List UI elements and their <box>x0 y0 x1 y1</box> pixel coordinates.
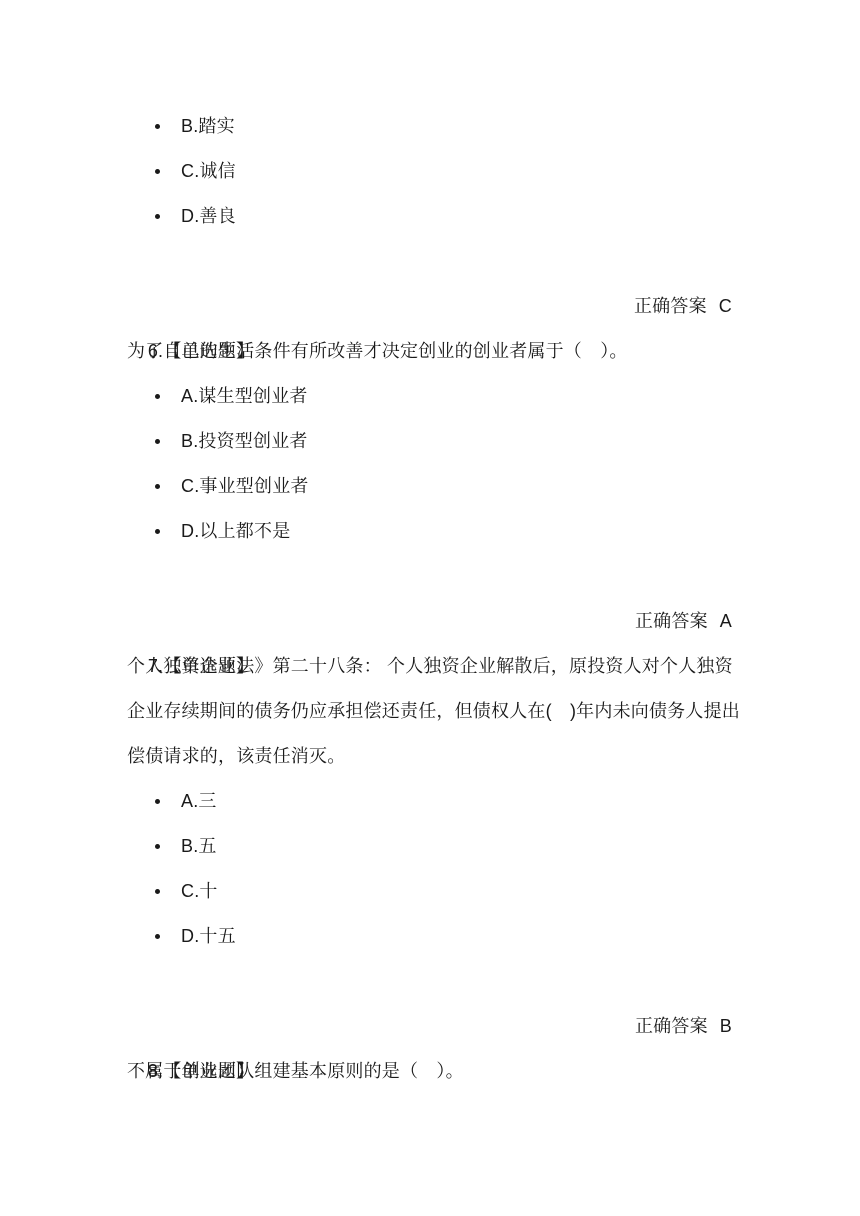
option-label: D.以上都不是 <box>181 509 290 554</box>
bullet-icon <box>155 214 160 219</box>
option-label: D.善良 <box>181 194 236 239</box>
answer-value: C <box>719 284 732 329</box>
bullet-icon <box>155 844 160 849</box>
option-label: A.谋生型创业者 <box>181 374 308 419</box>
option-label: B.五 <box>181 824 217 869</box>
option-item: B.投资型创业者 <box>127 419 732 464</box>
option-label: A.三 <box>181 779 217 824</box>
option-label: B.投资型创业者 <box>181 419 308 464</box>
option-item: D.十五 <box>127 914 732 959</box>
bullet-icon <box>155 394 160 399</box>
question-text-line: 个人独资企业法》第二十八条： 个人独资企业解散后，原投资人对个人独资 <box>127 644 732 689</box>
option-item: C.十 <box>127 869 732 914</box>
option-label: C.事业型创业者 <box>181 464 309 509</box>
answer-value: B <box>720 1004 732 1049</box>
option-item: B.踏实 <box>127 104 732 149</box>
answer-line: 正确答案A <box>127 554 732 599</box>
option-item: D.善良 <box>127 194 732 239</box>
option-item: A.三 <box>127 779 732 824</box>
bullet-icon <box>155 439 160 444</box>
question-text-line: 企业存续期间的债务仍应承担偿还责任，但债权人在( )年内未向债务人提出 <box>127 689 732 734</box>
bullet-icon <box>155 484 160 489</box>
bullet-icon <box>155 124 160 129</box>
option-item: D.以上都不是 <box>127 509 732 554</box>
option-item: B.五 <box>127 824 732 869</box>
question-text-line: 偿债请求的，该责任消灭。 <box>127 734 732 779</box>
option-label: C.诚信 <box>181 149 236 194</box>
option-label: D.十五 <box>181 914 236 959</box>
question-text-line: 为了自己的生活条件有所改善才决定创业的创业者属于（ ）。 <box>127 329 732 374</box>
answer-line: 正确答案B <box>127 959 732 1004</box>
quiz-document-page: B.踏实 C.诚信 D.善良 正确答案C 6.【单选题】 为了自己的生活条件有所… <box>0 0 860 1094</box>
option-label: B.踏实 <box>181 104 235 149</box>
option-label: C.十 <box>181 869 218 914</box>
question-text-line: 不属于创业团队组建基本原则的是（ ）。 <box>127 1049 732 1094</box>
bullet-icon <box>155 934 160 939</box>
answer-line: 正确答案C <box>127 239 732 284</box>
option-item: C.诚信 <box>127 149 732 194</box>
answer-label: 正确答案 <box>635 611 708 631</box>
answer-value: A <box>720 599 732 644</box>
bullet-icon <box>155 169 160 174</box>
option-item: C.事业型创业者 <box>127 464 732 509</box>
bullet-icon <box>155 529 160 534</box>
answer-label: 正确答案 <box>634 296 707 316</box>
option-item: A.谋生型创业者 <box>127 374 732 419</box>
bullet-icon <box>155 799 160 804</box>
bullet-icon <box>155 889 160 894</box>
answer-label: 正确答案 <box>635 1016 708 1036</box>
